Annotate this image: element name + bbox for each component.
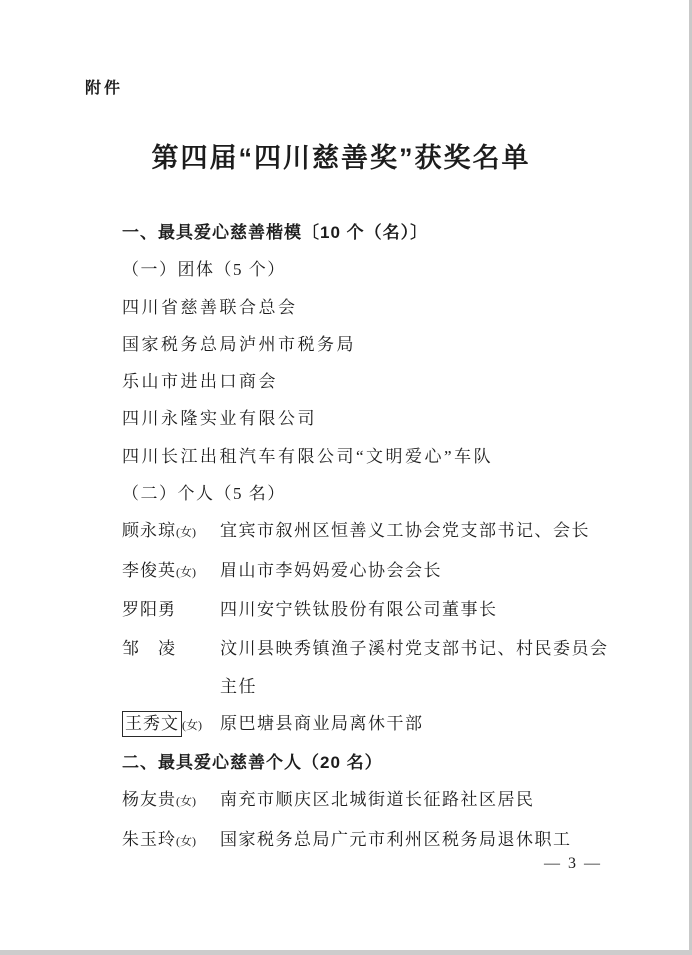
person-description: 汶川县映秀镇渔子溪村党支部书记、村民委员会主任 (220, 630, 622, 705)
person-name-cell: 顾永琼(女) (122, 512, 220, 551)
person-description: 国家税务总局广元市利州区税务局退休职工 (220, 821, 622, 858)
person-row: 罗阳勇 四川安宁铁钛股份有限公司董事长 (122, 591, 622, 630)
group-entry: 四川省慈善联合总会 (122, 289, 622, 326)
person-row: 李俊英(女) 眉山市李妈妈爱心协会会长 (122, 552, 622, 591)
person-name: 顾永琼 (122, 521, 176, 540)
subsection-1-1-heading: （一）团体（5 个） (122, 251, 622, 288)
subsection-1-2-heading: （二）个人（5 名） (122, 475, 622, 512)
person-name-cell: 李俊英(女) (122, 552, 220, 591)
scan-edge-bottom (0, 950, 692, 955)
document-page: 附件 第四届“四川慈善奖”获奖名单 一、最具爱心慈善楷模〔10 个（名）〕 （一… (0, 0, 692, 955)
section-1-heading: 一、最具爱心慈善楷模〔10 个（名）〕 (122, 214, 622, 251)
group-entry: 乐山市进出口商会 (122, 363, 622, 400)
person-name-cell: 杨友贵(女) (122, 781, 220, 820)
person-name: 李俊英 (122, 561, 176, 580)
person-name-boxed: 王秀文 (122, 711, 182, 737)
page-title: 第四届“四川慈善奖”获奖名单 (85, 140, 597, 176)
person-row: 王秀文(女) 原巴塘县商业局离休干部 (122, 705, 622, 744)
person-row: 杨友贵(女) 南充市顺庆区北城街道长征路社区居民 (122, 781, 622, 820)
person-name-cell: 王秀文(女) (122, 705, 220, 744)
person-name-cell: 邹 凌 (122, 630, 220, 669)
gender-label: (女) (176, 794, 196, 808)
gender-label: (女) (176, 565, 196, 579)
person-description: 南充市顺庆区北城街道长征路社区居民 (220, 781, 622, 818)
person-name: 朱玉玲 (122, 830, 176, 849)
person-name: 邹 凌 (122, 639, 176, 658)
person-row: 邹 凌 汶川县映秀镇渔子溪村党支部书记、村民委员会主任 (122, 630, 622, 705)
person-description: 眉山市李妈妈爱心协会会长 (220, 552, 622, 589)
person-name-cell: 朱玉玲(女) (122, 821, 220, 860)
person-row: 顾永琼(女) 宜宾市叙州区恒善义工协会党支部书记、会长 (122, 512, 622, 551)
gender-label: (女) (176, 525, 196, 539)
gender-label: (女) (182, 718, 202, 732)
attachment-label: 附件 (85, 0, 692, 100)
group-entry: 四川永隆实业有限公司 (122, 400, 622, 437)
section-2-heading: 二、最具爱心慈善个人（20 名） (122, 744, 622, 781)
person-name-cell: 罗阳勇 (122, 591, 220, 630)
person-name: 罗阳勇 (122, 600, 176, 619)
person-description: 原巴塘县商业局离休干部 (220, 705, 622, 742)
group-entry: 国家税务总局泸州市税务局 (122, 326, 622, 363)
group-entry: 四川长江出租汽车有限公司“文明爱心”车队 (122, 438, 622, 475)
person-description: 宜宾市叙州区恒善义工协会党支部书记、会长 (220, 512, 622, 549)
person-description: 四川安宁铁钛股份有限公司董事长 (220, 591, 622, 628)
gender-label: (女) (176, 834, 196, 848)
person-name: 杨友贵 (122, 790, 176, 809)
document-body: 一、最具爱心慈善楷模〔10 个（名）〕 （一）团体（5 个） 四川省慈善联合总会… (122, 214, 622, 860)
